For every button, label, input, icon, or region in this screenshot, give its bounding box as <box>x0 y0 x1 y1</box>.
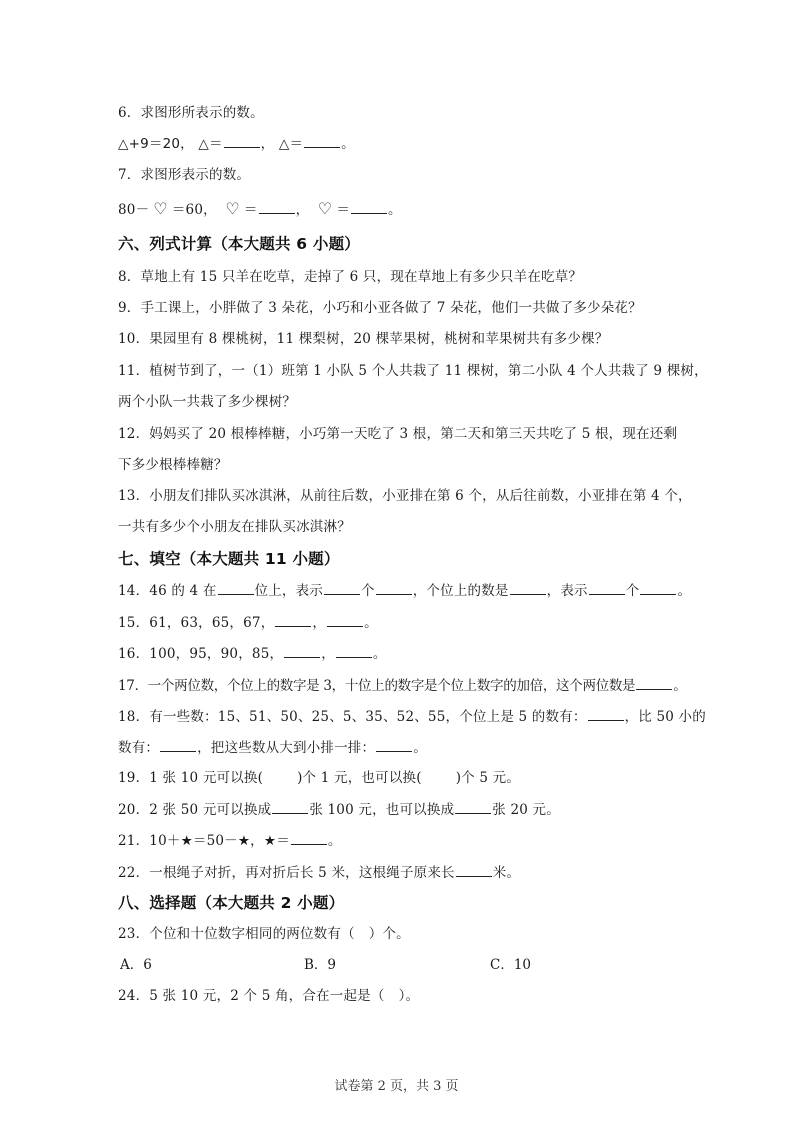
text: 米。 <box>493 865 520 881</box>
answer-blank[interactable] <box>376 581 412 595</box>
separator: ， <box>296 202 310 218</box>
heart-icon: ♡ <box>318 199 333 218</box>
question-24: 24．5 张 10 元，2 个 5 角，合在一起是（）。 <box>118 987 419 1005</box>
star-icon: ★ <box>238 833 250 849</box>
text: )个 5 元。 <box>456 770 520 786</box>
text: )个 1 元，也可以换( <box>297 770 422 786</box>
question-6-prompt: 6．求图形所表示的数。 <box>118 104 264 122</box>
question-14: 14．46 的 4 在位上，表示个，个位上的数是，表示个。 <box>118 581 691 600</box>
text: 张 100 元，也可以换成 <box>309 802 454 818</box>
text: ）个。 <box>369 926 410 942</box>
answer-blank[interactable] <box>218 581 254 595</box>
option-a[interactable]: A．6 <box>120 956 152 974</box>
option-b[interactable]: B．9 <box>304 956 336 974</box>
period: 。 <box>341 136 355 152</box>
text: 22．一根绳子对折，再对折后长 5 米，这根绳子原来长 <box>118 865 455 881</box>
text: 位上，表示 <box>255 583 324 599</box>
answer-blank[interactable] <box>304 134 340 148</box>
question-12-line-2: 下多少根棒棒糖？ <box>118 456 228 474</box>
question-11-line-1: 11．植树节到了，一（1）班第 1 小队 5 个人共栽了 11 棵树，第二小队 … <box>118 362 708 380</box>
equation-part: 80－ <box>118 202 149 218</box>
question-7-prompt: 7．求图形表示的数。 <box>118 166 250 184</box>
section-7-heading: 七、填空（本大题共 11 小题） <box>118 550 340 568</box>
section-8-heading: 八、选择题（本大题共 2 小题） <box>118 894 344 912</box>
answer-blank[interactable] <box>327 613 363 627</box>
star-icon: ★ <box>264 833 276 849</box>
answer-blank[interactable] <box>324 581 360 595</box>
text: 19．1 张 10 元可以换( <box>118 770 263 786</box>
answer-blank[interactable] <box>291 831 327 845</box>
period: 。 <box>413 740 427 756</box>
question-17: 17．一个两位数，个位上的数字是 3，十位上的数字是个位上数字的加倍，这个两位数… <box>118 676 686 695</box>
period: 。 <box>677 583 691 599</box>
text: ）。 <box>399 988 420 1004</box>
answer-blank[interactable] <box>224 134 260 148</box>
separator: ， <box>261 136 275 152</box>
text: ，表示 <box>547 583 588 599</box>
question-18-line-1: 18．有一些数：15、51、50、25、5、35、52、55，个位上是 5 的数… <box>118 707 706 726</box>
question-15: 15．61，63，65，67，，。 <box>118 613 378 632</box>
text: 16．100，95，90，85， <box>118 646 283 662</box>
question-12-line-1: 12．妈妈买了 20 根棒棒糖，小巧第一天吃了 3 根，第二天和第三天共吃了 5… <box>118 425 677 443</box>
answer-blank[interactable] <box>272 800 308 814</box>
answer-blank[interactable] <box>284 644 320 658</box>
text: 14．46 的 4 在 <box>118 583 217 599</box>
text: 18．有一些数：15、51、50、25、5、35、52、55，个位上是 5 的数… <box>118 709 587 725</box>
question-7-equation: 80－♡＝60， ♡＝， ♡＝。 <box>118 200 402 219</box>
text: 24．5 张 10 元，2 个 5 角，合在一起是（ <box>118 988 385 1004</box>
question-20: 20．2 张 50 元可以换成张 100 元，也可以换成张 20 元。 <box>118 800 560 819</box>
question-21: 21．10＋★＝50－★，★＝。 <box>118 831 342 850</box>
separator: ， <box>312 615 326 631</box>
question-13-line-2: 一共有多少个小朋友在排队买冰淇淋？ <box>118 518 351 536</box>
answer-blank[interactable] <box>456 863 492 877</box>
equals-sign: ＝ <box>276 833 290 849</box>
period: 。 <box>328 833 342 849</box>
section-6-heading: 六、列式计算（本大题共 6 小题） <box>118 235 360 253</box>
question-18-line-2: 数有：，把这些数从大到小排一排：。 <box>118 738 427 757</box>
text: 15．61，63，65，67， <box>118 615 274 631</box>
answer-blank[interactable] <box>376 738 412 752</box>
text: 21．10＋ <box>118 833 181 849</box>
question-19: 19．1 张 10 元可以换()个 1 元，也可以换()个 5 元。 <box>118 769 520 787</box>
question-16: 16．100，95，90，85，，。 <box>118 644 387 663</box>
question-8: 8．草地上有 15 只羊在吃草，走掉了 6 只，现在草地上有多少只羊在吃草？ <box>118 268 582 286</box>
period: 。 <box>373 646 387 662</box>
option-c[interactable]: C．10 <box>490 956 531 974</box>
question-22: 22．一根绳子对折，再对折后长 5 米，这根绳子原来长米。 <box>118 863 520 882</box>
question-23: 23．个位和十位数字相同的两位数有（）个。 <box>118 925 410 943</box>
text: ，比 50 小的 <box>625 709 706 725</box>
answer-blank[interactable] <box>336 644 372 658</box>
text: 17．一个两位数，个位上的数字是 3，十位上的数字是个位上数字的加倍，这个两位数… <box>118 678 635 694</box>
text: 个 <box>626 583 640 599</box>
period: 。 <box>673 678 686 694</box>
answer-blank[interactable] <box>455 800 491 814</box>
star-icon: ★ <box>181 833 193 849</box>
equation-part: ＝60， <box>172 202 217 218</box>
question-10: 10．果园里有 8 棵桃树，11 棵梨树，20 棵苹果树，桃树和苹果树共有多少棵… <box>118 330 609 348</box>
text: 23．个位和十位数字相同的两位数有（ <box>118 926 355 942</box>
period: 。 <box>364 615 378 631</box>
answer-blank[interactable] <box>160 738 196 752</box>
question-6-equation: △+9＝20， △＝， △＝。 <box>118 134 355 153</box>
text: 数有： <box>118 740 159 756</box>
equals-sign: ＝ <box>244 202 258 218</box>
triangle-label-2: △＝ <box>279 136 303 152</box>
text: ，把这些数从大到小排一排： <box>197 740 375 756</box>
answer-blank[interactable] <box>588 707 624 721</box>
triangle-label-1: △＝ <box>198 136 222 152</box>
text: 张 20 元。 <box>492 802 560 818</box>
answer-blank[interactable] <box>589 581 625 595</box>
triangle-equation: △+9＝20， <box>118 136 194 152</box>
answer-blank[interactable] <box>259 200 295 214</box>
text: 20．2 张 50 元可以换成 <box>118 802 271 818</box>
answer-blank[interactable] <box>351 200 387 214</box>
question-9: 9．手工课上，小胖做了 3 朵花，小巧和小亚各做了 7 朵花，他们一共做了多少朵… <box>118 299 642 317</box>
period: 。 <box>388 202 402 218</box>
question-11-line-2: 两个小队一共栽了多少棵树？ <box>118 393 296 411</box>
text: ＝50－ <box>193 833 238 849</box>
separator: ， <box>250 833 264 849</box>
equals-sign: ＝ <box>336 202 350 218</box>
question-13-line-1: 13．小朋友们排队买冰淇淋，从前往后数，小亚排在第 6 个，从后往前数，小亚排在… <box>118 487 692 505</box>
heart-icon: ♡ <box>153 199 168 218</box>
answer-blank[interactable] <box>636 676 672 690</box>
heart-icon: ♡ <box>225 199 240 218</box>
page-footer: 试卷第 2 页，共 3 页 <box>0 1075 793 1094</box>
answer-blank[interactable] <box>510 581 546 595</box>
answer-blank[interactable] <box>640 581 676 595</box>
text: ，个位上的数是 <box>413 583 509 599</box>
answer-blank[interactable] <box>275 613 311 627</box>
separator: ， <box>321 646 335 662</box>
text: 个 <box>361 583 375 599</box>
